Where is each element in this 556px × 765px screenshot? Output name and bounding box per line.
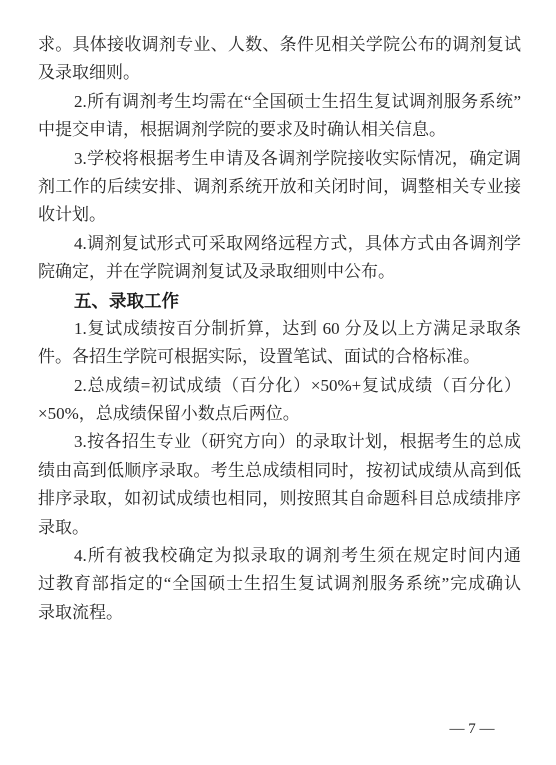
document-text-line: 3.按各招生专业（研究方向）的录取计划，根据考生的总成: [38, 428, 521, 456]
document-text-line: 2.总成绩=初试成绩（百分化）×50%+复试成绩（百分化）: [38, 372, 521, 400]
document-text-line: 绩由高到低顺序录取。考生总成绩相同时，按初试成绩从高到低: [38, 457, 521, 485]
document-text-line: 2.所有调剂考生均需在“全国硕士生招生复试调剂服务系统”: [38, 88, 521, 116]
document-text-line: 1.复试成绩按百分制折算，达到 60 分及以上方满足录取条: [38, 315, 521, 343]
document-page: 求。具体接收调剂专业、人数、条件见相关学院公布的调剂复试及录取细则。2.所有调剂…: [0, 0, 556, 765]
document-body: 求。具体接收调剂专业、人数、条件见相关学院公布的调剂复试及录取细则。2.所有调剂…: [38, 31, 521, 627]
document-text-line: ×50%，总成绩保留小数点后两位。: [38, 400, 521, 428]
document-text-line: 院确定，并在学院调剂复试及录取细则中公布。: [38, 258, 521, 286]
page-number: — 7 —: [450, 721, 495, 737]
document-text-line: 录取流程。: [38, 599, 521, 627]
document-text-line: 3.学校将根据考生申请及各调剂学院接收实际情况，确定调: [38, 145, 521, 173]
document-text-line: 中提交申请，根据调剂学院的要求及时确认相关信息。: [38, 116, 521, 144]
document-text-line: 过教育部指定的“全国硕士生招生复试调剂服务系统”完成确认: [38, 570, 521, 598]
document-text-line: 及录取细则。: [38, 59, 521, 87]
document-text-line: 录取。: [38, 514, 521, 542]
document-text-line: 件。各招生学院可根据实际，设置笔试、面试的合格标准。: [38, 343, 521, 371]
section-heading: 五、录取工作: [38, 287, 521, 315]
page-footer: — 7 —: [412, 718, 532, 740]
document-text-line: 4.调剂复试形式可采取网络远程方式，具体方式由各调剂学: [38, 230, 521, 258]
document-text-line: 排序录取，如初试成绩也相同，则按照其自命题科目总成绩排序: [38, 485, 521, 513]
document-text-line: 收计划。: [38, 201, 521, 229]
document-text-line: 求。具体接收调剂专业、人数、条件见相关学院公布的调剂复试: [38, 31, 521, 59]
document-text-line: 剂工作的后续安排、调剂系统开放和关闭时间，调整相关专业接: [38, 173, 521, 201]
document-text-line: 4.所有被我校确定为拟录取的调剂考生须在规定时间内通: [38, 542, 521, 570]
